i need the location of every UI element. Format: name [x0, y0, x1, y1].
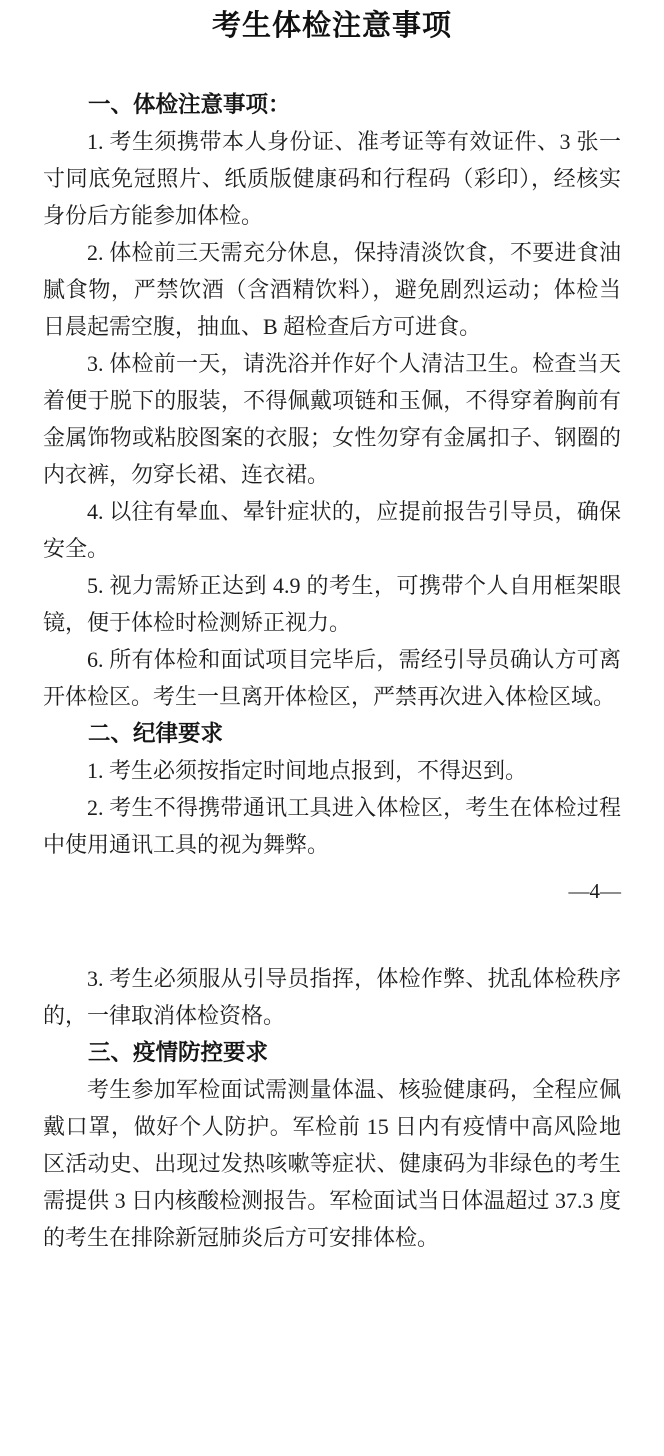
notes-item-2: 2. 体检前三天需充分休息，保持清淡饮食，不要进食油腻食物，严禁饮酒（含酒精饮料…	[43, 234, 621, 345]
discipline-item-2: 2. 考生不得携带通讯工具进入体检区，考生在体检过程中使用通讯工具的视为舞弊。	[43, 789, 621, 863]
notes-item-4: 4. 以往有晕血、晕针症状的，应提前报告引导员，确保安全。	[43, 493, 621, 567]
notes-item-3: 3. 体检前一天，请洗浴并作好个人清洁卫生。检查当天着便于脱下的服装，不得佩戴项…	[43, 345, 621, 493]
page-number: —4—	[43, 873, 621, 910]
document-title: 考生体检注意事项	[43, 0, 621, 42]
notes-item-1: 1. 考生须携带本人身份证、准考证等有效证件、3 张一寸同底免冠照片、纸质版健康…	[43, 123, 621, 234]
section-heading-notes: 一、体检注意事项：	[43, 86, 621, 123]
notes-item-5: 5. 视力需矫正达到 4.9 的考生，可携带个人自用框架眼镜，便于体检时检测矫正…	[43, 567, 621, 641]
page-break-gap	[43, 910, 621, 960]
discipline-item-3: 3. 考生必须服从引导员指挥，体检作弊、扰乱体检秩序的，一律取消体检资格。	[43, 960, 621, 1034]
discipline-item-1: 1. 考生必须按指定时间地点报到，不得迟到。	[43, 752, 621, 789]
document-page: 考生体检注意事项 一、体检注意事项： 1. 考生须携带本人身份证、准考证等有效证…	[0, 0, 664, 1456]
notes-item-6: 6. 所有体检和面试项目完毕后，需经引导员确认方可离开体检区。考生一旦离开体检区…	[43, 641, 621, 715]
epidemic-paragraph: 考生参加军检面试需测量体温、核验健康码，全程应佩戴口罩，做好个人防护。军检前 1…	[43, 1071, 621, 1256]
section-heading-discipline: 二、纪律要求	[43, 715, 621, 752]
section-heading-epidemic: 三、疫情防控要求	[43, 1034, 621, 1071]
